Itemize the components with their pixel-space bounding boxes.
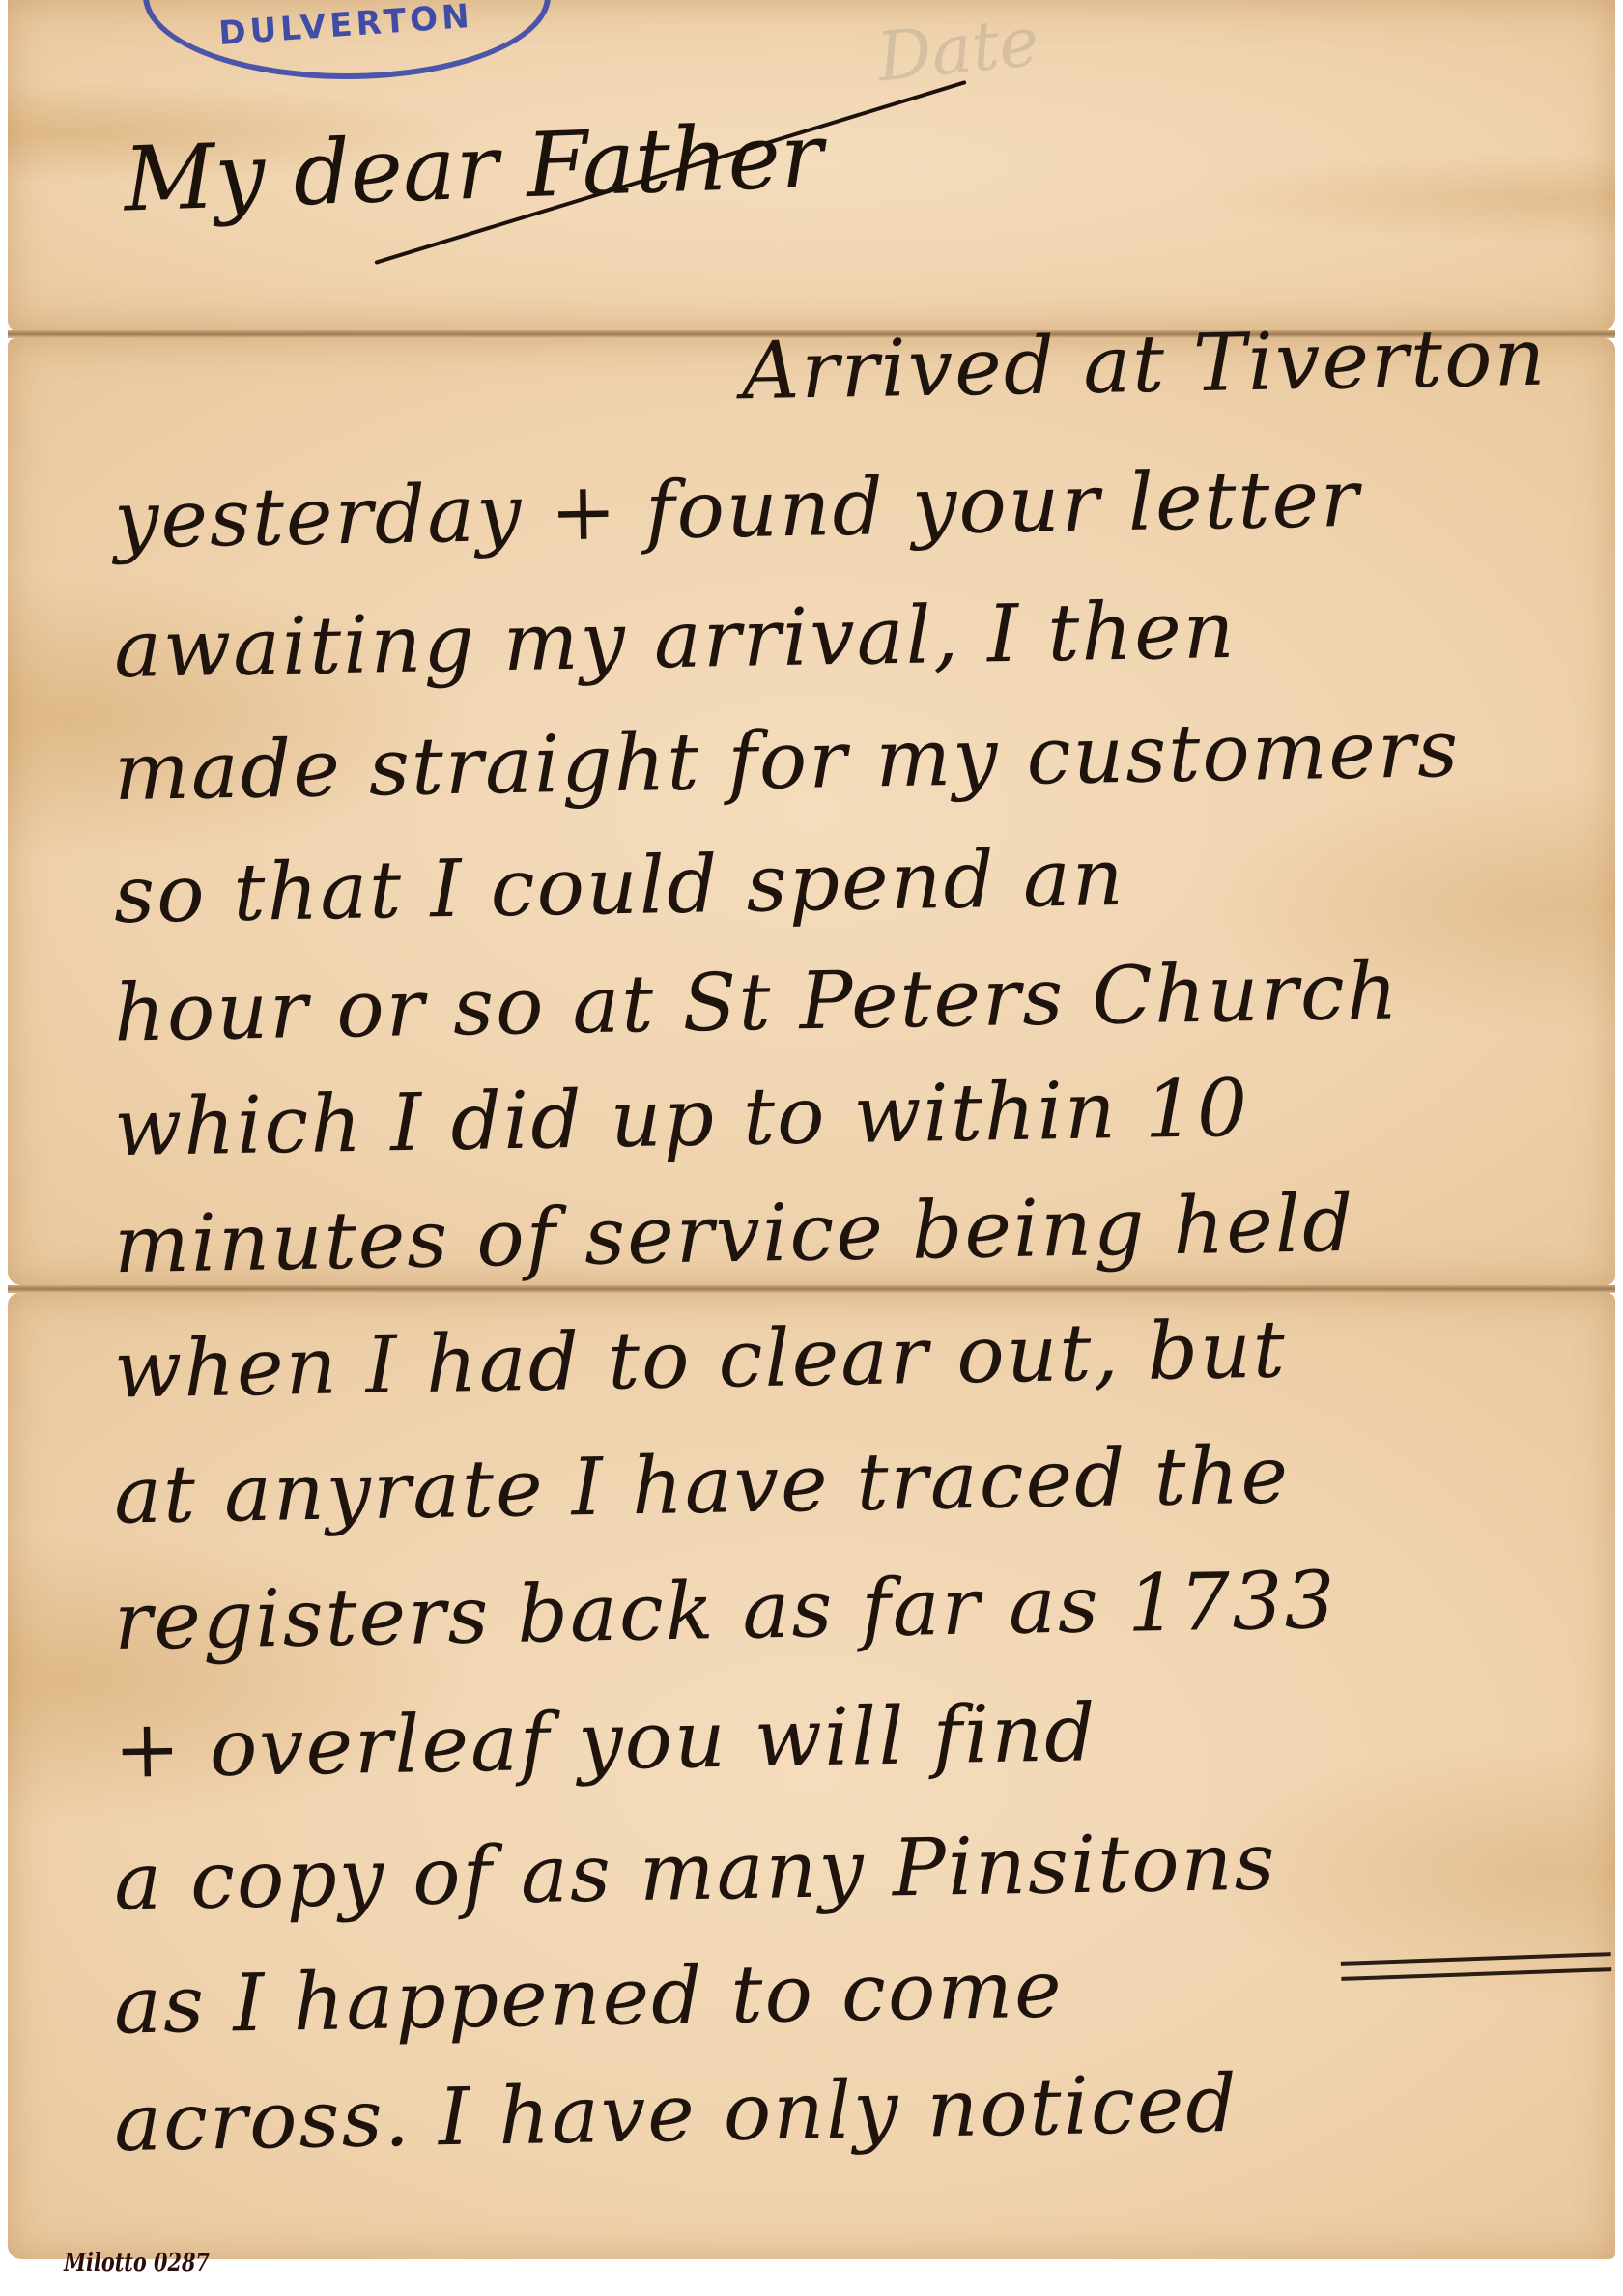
archive-caption: Milotto 0287 <box>64 2249 210 2278</box>
letter-sheet: DULVERTON Date My dear Father Arrived at… <box>8 0 1615 2259</box>
letter-line: Arrived at Tiverton <box>741 312 1548 418</box>
letter-line: as I happened to come <box>113 1943 1064 2052</box>
letter-line: across. I have only noticed <box>113 2058 1239 2169</box>
letter-line: so that I could spend an <box>113 832 1125 941</box>
letter-line: + overleaf you will find <box>113 1687 1097 1796</box>
letter-line: awaiting my arrival, I then <box>113 585 1237 696</box>
